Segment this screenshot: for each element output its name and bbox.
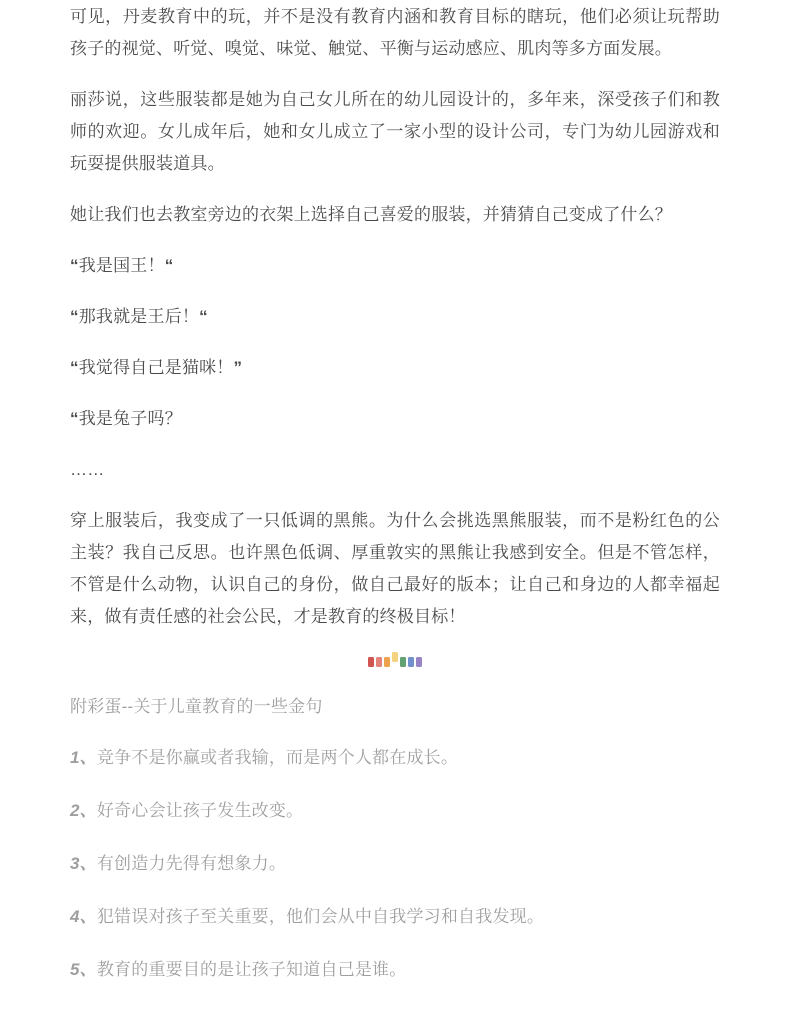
divider-bar bbox=[376, 657, 382, 667]
bonus-item-text: 好奇心会让孩子发生改变。 bbox=[97, 801, 303, 820]
divider-bar bbox=[416, 657, 422, 667]
open-quote-mark: “ bbox=[70, 307, 79, 326]
quote-text: 我是兔子吗？ bbox=[79, 409, 182, 428]
divider-bar bbox=[384, 657, 390, 667]
paragraph-costume-question: 她让我们也去教室旁边的衣架上选择自己喜爱的服装，并猜猜自己变成了什么？ bbox=[70, 199, 720, 231]
quote-line-cat: “我觉得自己是猫咪！” bbox=[70, 352, 720, 384]
bonus-item-text: 犯错误对孩子至关重要，他们会从中自我学习和自我发现。 bbox=[97, 907, 544, 926]
divider-bar bbox=[368, 657, 374, 667]
bonus-item-text: 有创造力先得有想象力。 bbox=[97, 854, 286, 873]
ellipsis-line: …… bbox=[70, 454, 720, 486]
bonus-item-number: 5、 bbox=[70, 960, 97, 979]
paragraph-play-purpose: 可见，丹麦教育中的玩，并不是没有教育内涵和教育目标的瞎玩，他们必须让玩帮助孩子的… bbox=[70, 1, 720, 65]
paragraph-reflection: 穿上服装后，我变成了一只低调的黑熊。为什么会挑选黑熊服装，而不是粉红色的公主装？… bbox=[70, 505, 720, 633]
close-quote-mark: ” bbox=[234, 358, 243, 377]
article-body: 可见，丹麦教育中的玩，并不是没有教育内涵和教育目标的瞎玩，他们必须让玩帮助孩子的… bbox=[70, 0, 720, 986]
bonus-item-5: 5、教育的重要目的是让孩子知道自己是谁。 bbox=[70, 954, 720, 986]
bonus-heading: 附彩蛋--关于儿童教育的一些金句 bbox=[70, 691, 720, 723]
bonus-item-number: 1、 bbox=[70, 748, 97, 767]
open-quote-mark: “ bbox=[70, 409, 79, 428]
open-quote-mark: “ bbox=[70, 358, 79, 377]
close-quote-mark: “ bbox=[199, 307, 208, 326]
bonus-item-text: 教育的重要目的是让孩子知道自己是谁。 bbox=[97, 960, 407, 979]
quote-text: 我是国王！ bbox=[79, 256, 165, 275]
quote-line-rabbit: “我是兔子吗？ bbox=[70, 403, 720, 435]
open-quote-mark: “ bbox=[70, 256, 79, 275]
divider-bar bbox=[392, 652, 398, 662]
divider-bar bbox=[400, 657, 406, 667]
bonus-item-number: 2、 bbox=[70, 801, 97, 820]
divider-bar bbox=[408, 657, 414, 667]
quote-line-queen: “那我就是王后！“ bbox=[70, 301, 720, 333]
bonus-item-number: 4、 bbox=[70, 907, 97, 926]
quote-text: 我觉得自己是猫咪！ bbox=[79, 358, 234, 377]
bonus-item-3: 3、有创造力先得有想象力。 bbox=[70, 848, 720, 880]
paragraph-lisa-company: 丽莎说，这些服装都是她为自己女儿所在的幼儿园设计的，多年来，深受孩子们和教师的欢… bbox=[70, 84, 720, 180]
close-quote-mark: “ bbox=[165, 256, 174, 275]
bonus-item-2: 2、好奇心会让孩子发生改变。 bbox=[70, 795, 720, 827]
section-divider bbox=[70, 652, 720, 667]
quote-text: 那我就是王后！ bbox=[79, 307, 199, 326]
quote-line-king: “我是国王！“ bbox=[70, 250, 720, 282]
bonus-item-4: 4、犯错误对孩子至关重要，他们会从中自我学习和自我发现。 bbox=[70, 901, 720, 933]
bonus-item-1: 1、竞争不是你赢或者我输，而是两个人都在成长。 bbox=[70, 742, 720, 774]
bonus-item-number: 3、 bbox=[70, 854, 97, 873]
bonus-item-text: 竞争不是你赢或者我输，而是两个人都在成长。 bbox=[97, 748, 458, 767]
